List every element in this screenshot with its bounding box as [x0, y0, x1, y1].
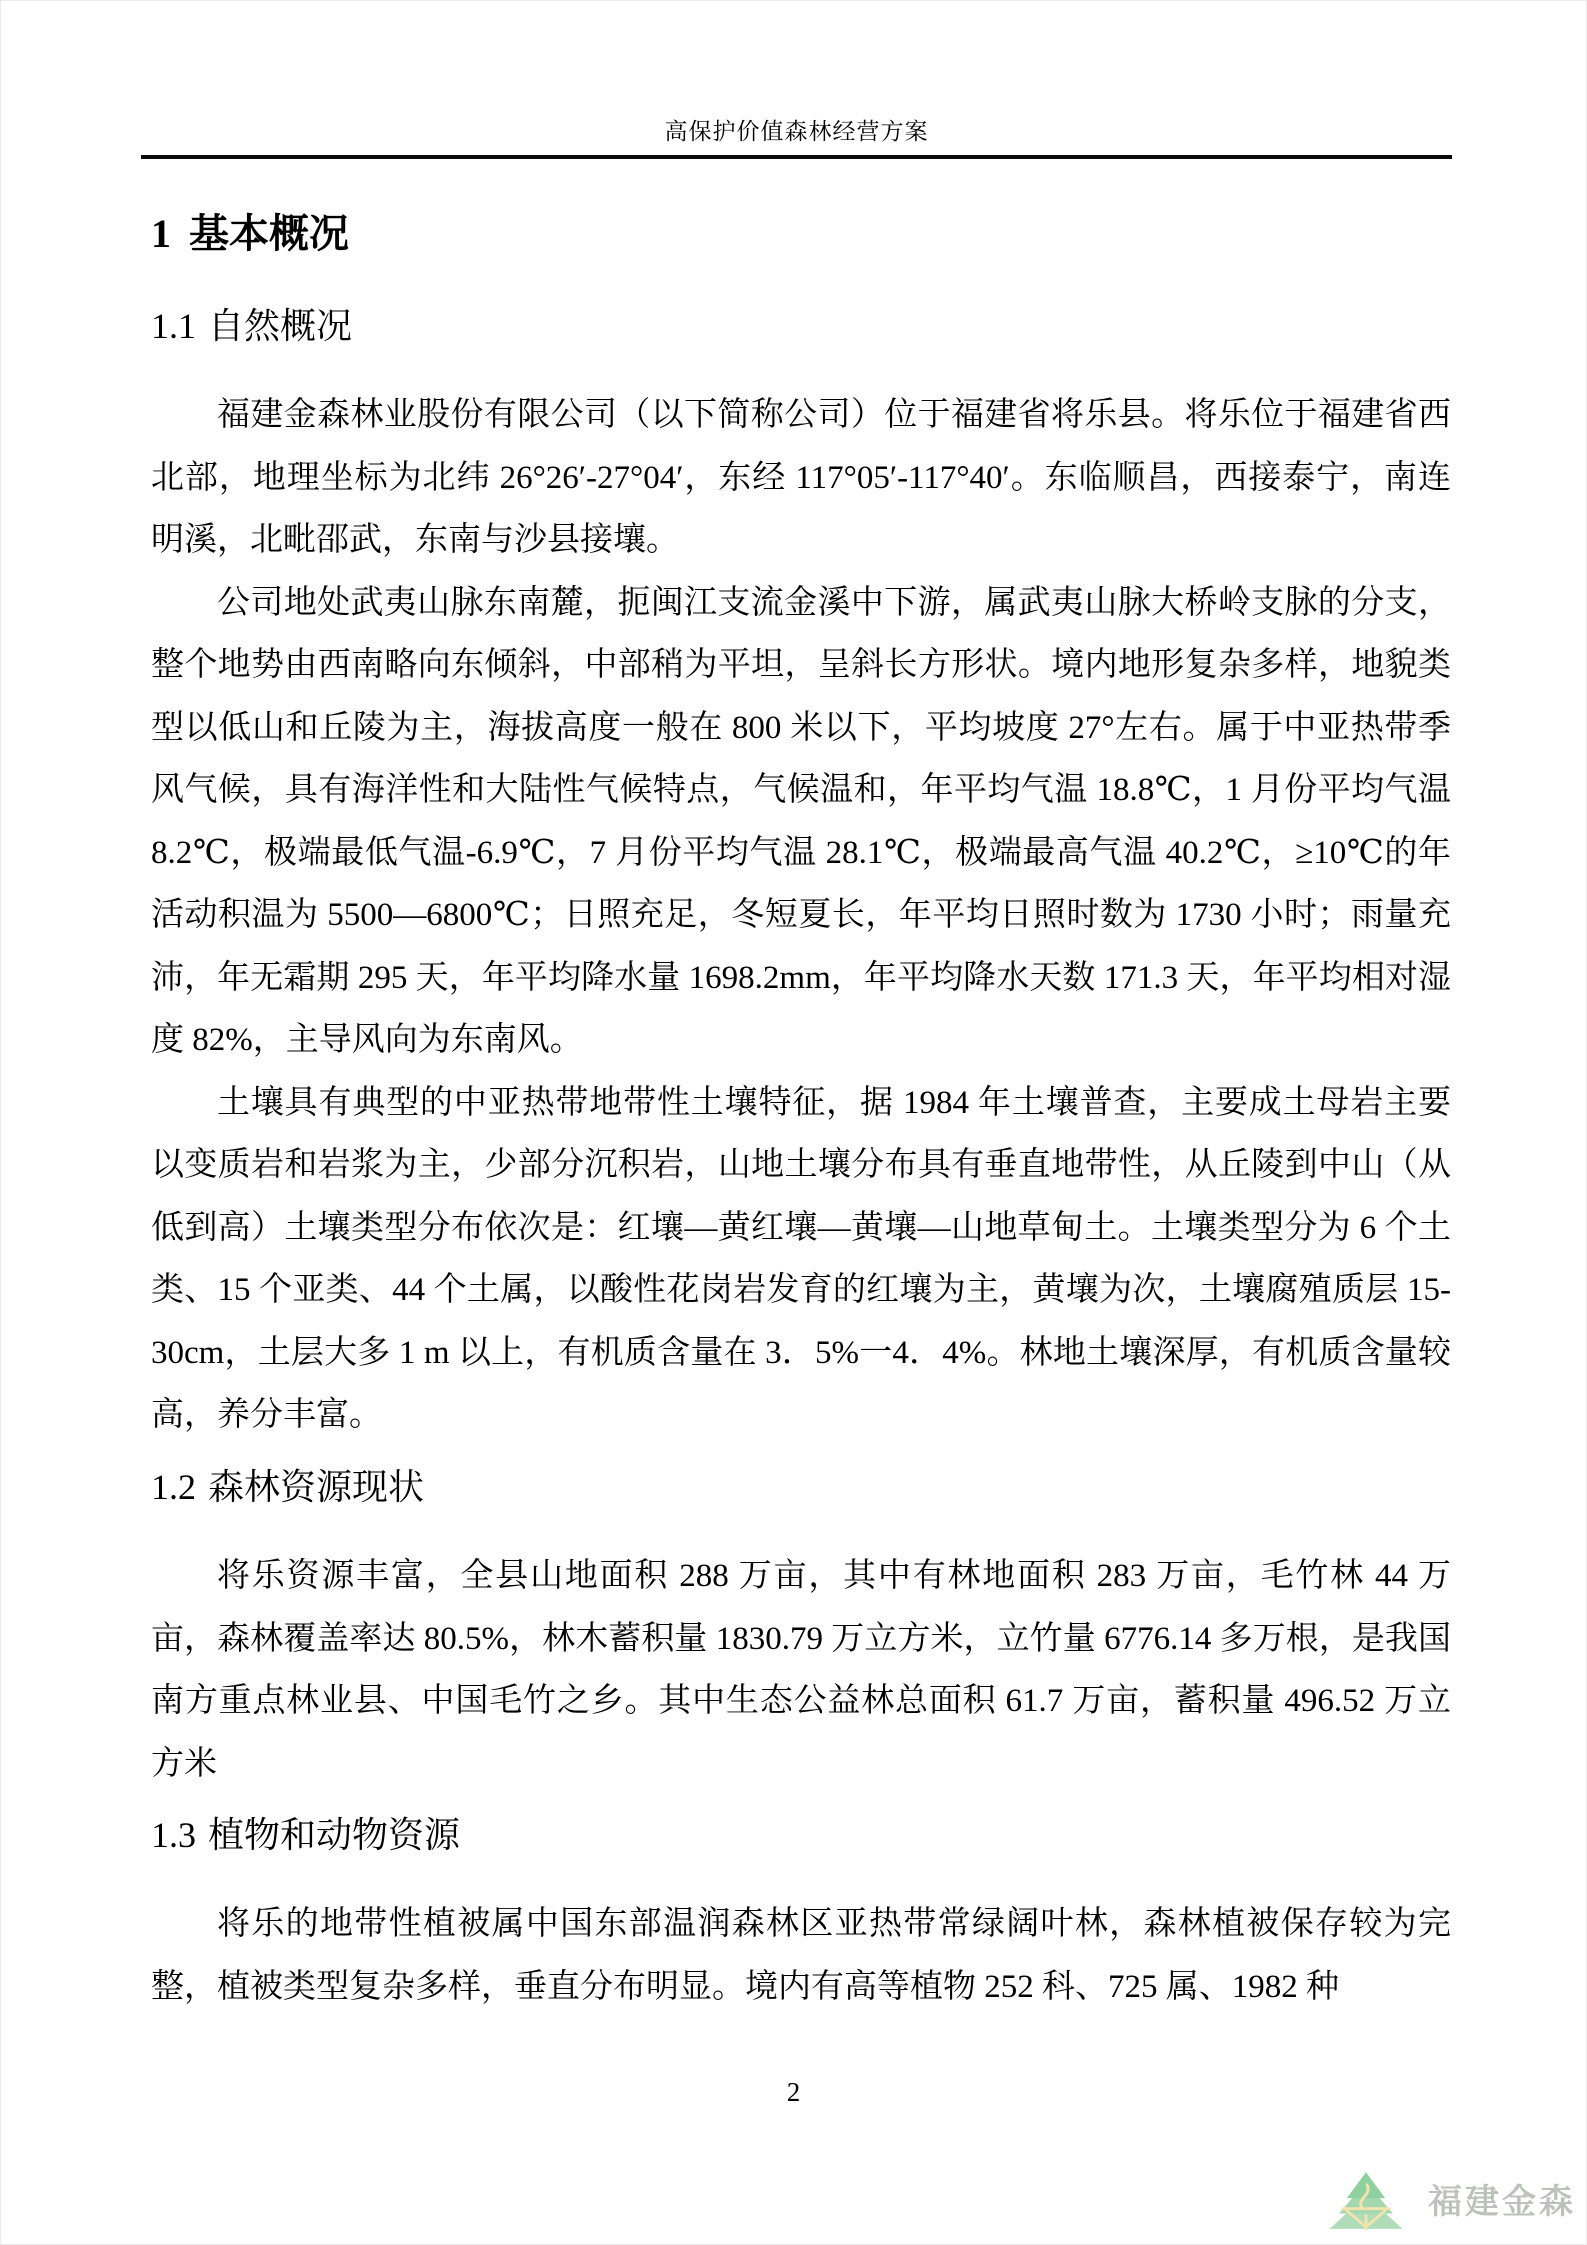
section-forest-resources: 1.2森林资源现状 将乐资源丰富，全县山地面积 288 万亩，其中有林地面积 2… [151, 1467, 1451, 1795]
section-title-label: 森林资源现状 [208, 1466, 424, 1507]
chapter-heading: 1基本概况 [151, 211, 1451, 257]
section-heading: 1.1自然概况 [151, 306, 1451, 346]
section-number: 1.3 [151, 1815, 196, 1855]
chapter-number: 1 [151, 211, 171, 256]
company-logo-text: 福建金森 [1428, 2185, 1576, 2219]
section-title-label: 植物和动物资源 [208, 1814, 460, 1855]
paragraph: 公司地处武夷山脉东南麓，扼闽江支流金溪中下游，属武夷山脉大桥岭支脉的分支，整个地… [151, 572, 1451, 1072]
section-number: 1.2 [151, 1467, 196, 1507]
section-heading: 1.2森林资源现状 [151, 1467, 1451, 1507]
section-natural-overview: 1.1自然概况 福建金森林业股份有限公司（以下简称公司）位于福建省将乐县。将乐位… [151, 306, 1451, 1447]
section-number: 1.1 [151, 306, 196, 346]
chapter-title: 基本概况 [189, 211, 349, 256]
paragraph: 土壤具有典型的中亚热带地带性土壤特征，据 1984 年土壤普查，主要成土母岩主要… [151, 1072, 1451, 1447]
paragraph: 将乐资源丰富，全县山地面积 288 万亩，其中有林地面积 283 万亩，毛竹林 … [151, 1545, 1451, 1795]
section-flora-fauna: 1.3植物和动物资源 将乐的地带性植被属中国东部温润森林区亚热带常绿阔叶林，森林… [151, 1815, 1451, 2018]
document-body: 1基本概况 1.1自然概况 福建金森林业股份有限公司（以下简称公司）位于福建省将… [151, 153, 1451, 2018]
header-title: 高保护价值森林经营方案 [665, 119, 929, 144]
paragraph: 福建金森林业股份有限公司（以下简称公司）位于福建省将乐县。将乐位于福建省西北部，… [151, 384, 1451, 572]
document-page: 高保护价值森林经营方案 1基本概况 1.1自然概况 福建金森林业股份有限公司（以… [0, 0, 1587, 2245]
company-logo: 福建金森 [1318, 2172, 1576, 2232]
jinsen-tree-icon [1318, 2172, 1414, 2232]
section-heading: 1.3植物和动物资源 [151, 1815, 1451, 1855]
section-title-label: 自然概况 [208, 305, 352, 346]
page-number: 2 [1, 2077, 1586, 2108]
paragraph: 将乐的地带性植被属中国东部温润森林区亚热带常绿阔叶林，森林植被保存较为完整，植被… [151, 1893, 1451, 2018]
